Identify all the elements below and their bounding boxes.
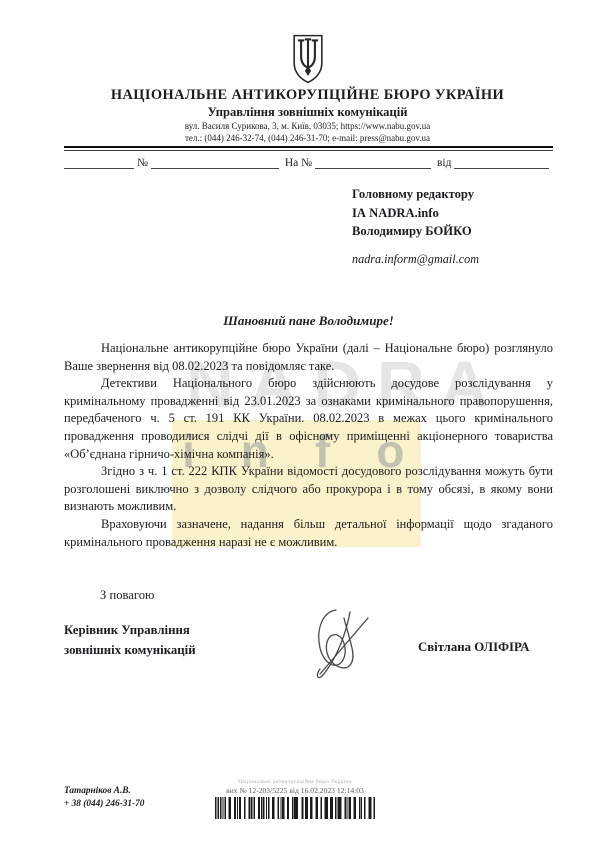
letterhead: НАЦІОНАЛЬНЕ АНТИКОРУПЦІЙНЕ БЮРО УКРАЇНИ … [35,0,580,144]
paragraph: Враховуючи зазначене, надання більш дета… [64,516,553,551]
ref-na-label: На № [282,157,315,169]
paragraph: Національне антикорупційне бюро України … [64,340,553,375]
blank-underline [151,156,279,169]
closing-phrase: З повагою [100,588,154,603]
signer-title: Керівник Управління зовнішніх комунікаці… [64,621,196,660]
org-name: НАЦІОНАЛЬНЕ АНТИКОРУПЦІЙНЕ БЮРО УКРАЇНИ [35,87,580,104]
letter-page: NADRA info НАЦІОНАЛЬНЕ АНТИКОРУПЦІЙНЕ БЮ… [0,0,595,841]
stamp-org-line: Національне антикорупційне бюро України [203,779,387,785]
ref-no-label: № [134,157,151,169]
salutation: Шановний пане Володимире! [64,313,553,329]
recipient-name: Володимиру БОЙКО [352,222,474,241]
registration-stamp: Національне антикорупційне бюро України … [203,779,387,819]
letter-body: Національне антикорупційне бюро України … [64,340,553,551]
blank-underline [64,156,134,169]
paragraph: Детективи Національного бюро здійснюють … [64,375,553,463]
ukraine-trident-emblem-icon [291,33,325,85]
signer-name: Світлана ОЛІФІРА [418,640,529,655]
blank-underline [315,156,431,169]
recipient-title: Головному редактору [352,185,474,204]
ref-vid-label: від [434,157,454,169]
executor-phone: + 38 (044) 246-31-70 [64,798,144,811]
recipient-org: ІА NADRA.info [352,204,474,223]
recipient-email: nadra.inform@gmail.com [352,252,479,267]
signer-title-line2: зовнішніх комунікацій [64,641,196,661]
department-name: Управління зовнішніх комунікацій [35,105,580,120]
blank-underline [454,156,549,169]
recipient-block: Головному редактору ІА NADRA.info Володи… [352,185,474,241]
executor-name: Татарніков А.В. [64,785,144,798]
stamp-ref-line: вих № 12-203/5225 від 16.02.2023 12:14:0… [203,786,387,795]
reference-line: № На № від [64,156,553,169]
org-address: вул. Василя Сурикова, 3, м. Київ, 03035;… [35,121,580,132]
barcode [215,797,375,819]
org-contacts: тел.: (044) 246-32-74, (044) 246-31-70; … [35,133,580,144]
signer-title-line1: Керівник Управління [64,621,196,641]
letterhead-divider [64,146,553,151]
handwritten-signature [306,604,372,682]
paragraph: Згідно з ч. 1 ст. 222 КПК України відомо… [64,463,553,516]
executor-block: Татарніков А.В. + 38 (044) 246-31-70 [64,785,144,810]
